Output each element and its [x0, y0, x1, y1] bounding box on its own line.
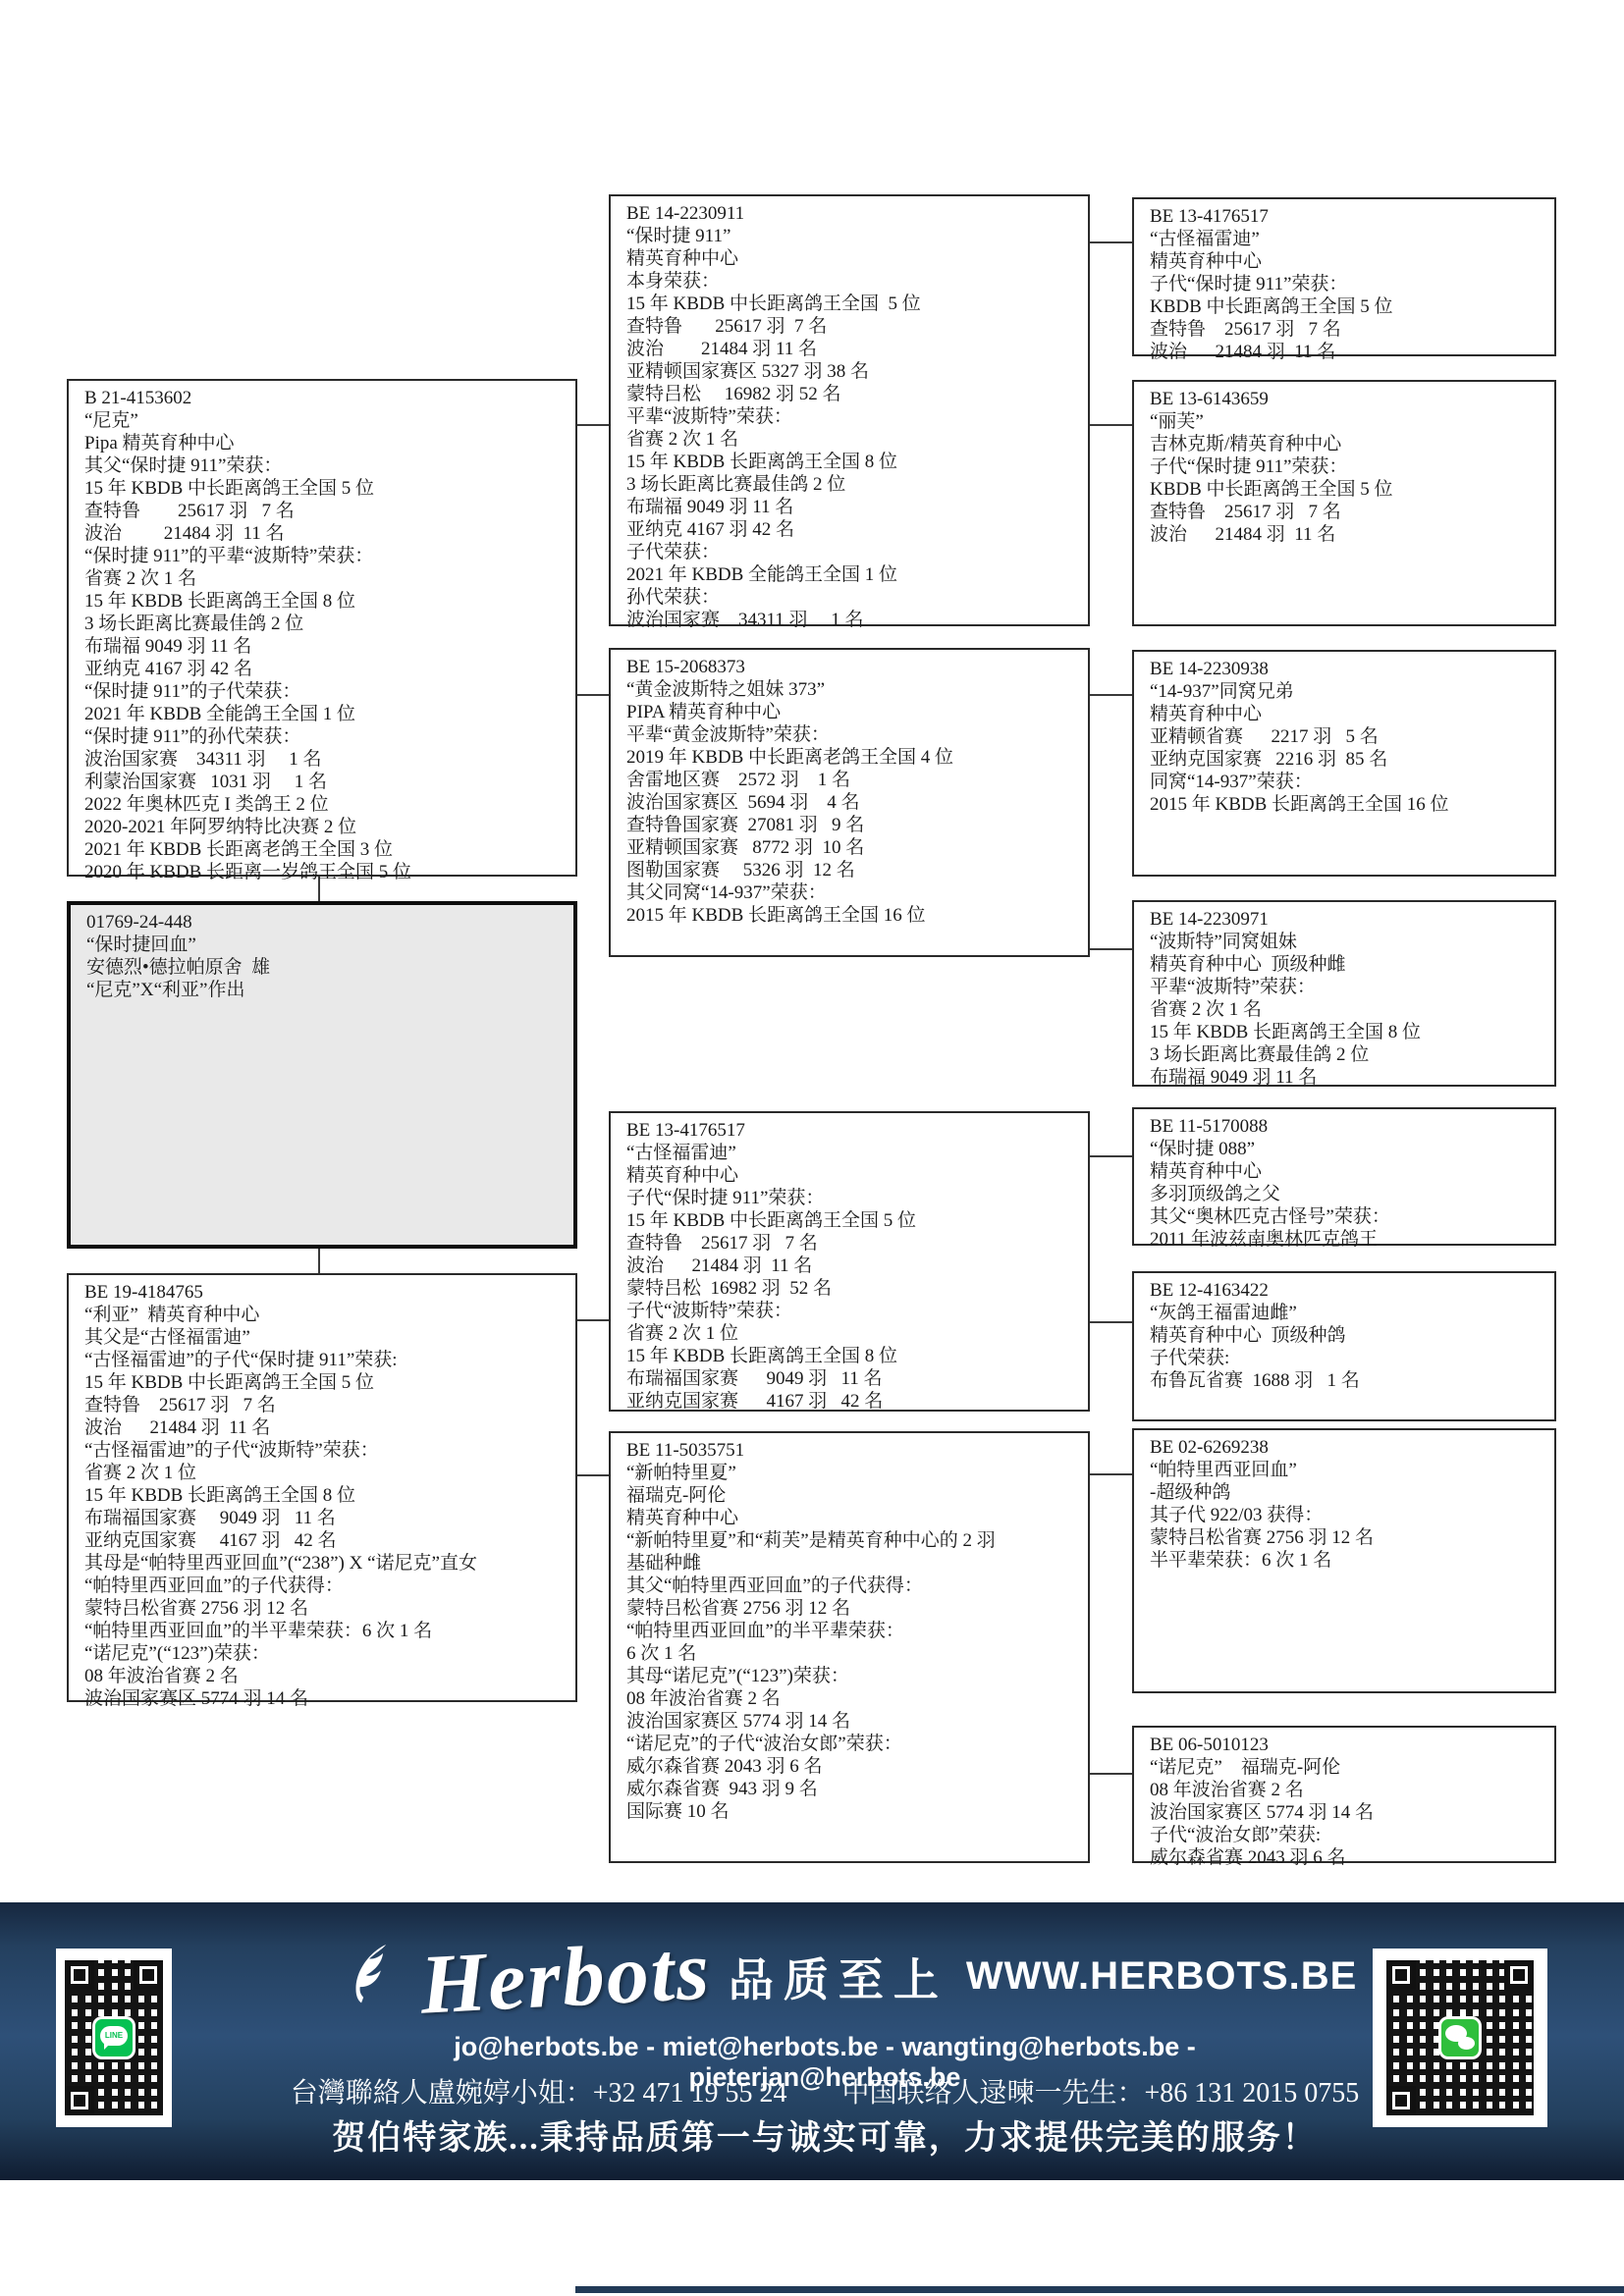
qr-pattern	[1386, 1960, 1534, 2115]
pedigree-box-ggp-7: BE 02-6269238“帕特里西亚回血”-超级种鸽其子代 922/03 获得…	[1132, 1428, 1556, 1693]
qr-finder-icon	[65, 1960, 94, 1990]
connector-subject-to-mother	[318, 1249, 320, 1275]
pedigree-box-granddam-maternal: BE 11-5035751“新帕特里夏”福瑞克-阿伦精英育种中心“新帕特里夏”和…	[609, 1431, 1090, 1863]
pedigree-box-grandsire-maternal: BE 13-4176517“古怪福雷迪”精英育种中心子代“保时捷 911”荣获：…	[609, 1111, 1090, 1412]
footer-banner: LINE Herbots 品质至上 WWW.HERBOTS.BE jo@herb…	[0, 1902, 1624, 2180]
bottom-strip	[575, 2286, 1624, 2293]
connector-mother-to-gp3	[575, 1319, 609, 1321]
pedigree-page: B 21-4153602“尼克”Pipa 精英育种中心其父“保时捷 911”荣获…	[0, 0, 1624, 2296]
qr-code-wechat	[1373, 1949, 1547, 2127]
pedigree-box-ggp-8: BE 06-5010123“诺尼克” 福瑞克-阿伦08 年波治省赛 2 名波治国…	[1132, 1726, 1556, 1863]
connector-gp4-to-ggp7	[1088, 1473, 1132, 1475]
connector-gp2-to-ggp4	[1088, 948, 1132, 950]
pedigree-box-ggp-6: BE 12-4163422“灰鸽王福雷迪雌”精英育种中心 顶级种鸽子代荣获:布鲁…	[1132, 1271, 1556, 1421]
pedigree-box-grandsire-paternal: BE 14-2230911“保时捷 911”精英育种中心本身荣获：15 年 KB…	[609, 194, 1090, 626]
brand-row: Herbots 品质至上 WWW.HERBOTS.BE	[344, 1930, 1357, 2023]
connector-father-to-gp2	[575, 694, 609, 696]
brand-tagline: 品质至上	[729, 1945, 948, 2009]
qr-code-line: LINE	[56, 1949, 172, 2127]
footer-slogan: 贺伯特家族...秉持品质第一与诚实可靠，力求提供完美的服务！	[265, 2110, 1384, 2159]
pedigree-box-granddam-paternal: BE 15-2068373“黄金波斯特之姐妹 373”PIPA 精英育种中心平辈…	[609, 648, 1090, 957]
connector-gp3-to-ggp5	[1088, 1155, 1132, 1157]
connector-gp2-to-ggp3	[1088, 694, 1132, 696]
qr-finder-icon	[1504, 1960, 1534, 1990]
connector-gp3-to-ggp6	[1088, 1321, 1132, 1323]
pedigree-box-ggp-3: BE 14-2230938“14-937”同窝兄弟精英育种中心亚精顿省赛 221…	[1132, 650, 1556, 877]
connector-gp4-to-ggp8	[1088, 1773, 1132, 1775]
pedigree-box-ggp-5: BE 11-5170088“保时捷 088”精英育种中心多羽顶级鸽之父其父“奥林…	[1132, 1107, 1556, 1246]
connector-mother-to-gp4	[575, 1474, 609, 1476]
feather-icon	[335, 1937, 410, 2015]
pedigree-box-ggp-4: BE 14-2230971“波斯特”同窝姐妹精英育种中心 顶级种雌平辈“波斯特”…	[1132, 900, 1556, 1087]
connector-gp1-to-ggp1	[1088, 241, 1132, 243]
qr-finder-icon	[65, 2086, 94, 2115]
qr-finder-icon	[134, 1960, 163, 1990]
connector-father-to-gp1	[575, 424, 609, 426]
qr-finder-icon	[1386, 1960, 1416, 1990]
pedigree-box-ggp-2: BE 13-6143659“丽芙”吉林克斯/精英育种中心子代“保时捷 911”荣…	[1132, 380, 1556, 626]
wechat-icon	[1438, 2016, 1482, 2059]
pedigree-box-father: B 21-4153602“尼克”Pipa 精英育种中心其父“保时捷 911”荣获…	[67, 379, 577, 877]
qr-finder-icon	[1386, 2086, 1416, 2115]
pedigree-box-subject: 01769-24-448“保时捷回血”安德烈•德拉帕原舍 雄“尼克”X“利亚”作…	[67, 901, 577, 1249]
contact-phones: 台灣聯絡人盧婉婷小姐：+32 471 19 55 24 中国联络人逯暕一先生：+…	[285, 2071, 1365, 2110]
pedigree-box-ggp-1: BE 13-4176517“古怪福雷迪”精英育种中心子代“保时捷 911”荣获：…	[1132, 197, 1556, 356]
pedigree-box-mother: BE 19-4184765“利亚” 精英育种中心其父是“古怪福雷迪”“古怪福雷迪…	[67, 1273, 577, 1702]
brand-logo: Herbots	[418, 1920, 714, 2033]
website-url: WWW.HERBOTS.BE	[966, 1954, 1357, 1999]
qr-pattern: LINE	[65, 1960, 163, 2115]
line-app-icon: LINE	[92, 2016, 135, 2059]
connector-gp1-to-ggp2	[1088, 424, 1132, 426]
